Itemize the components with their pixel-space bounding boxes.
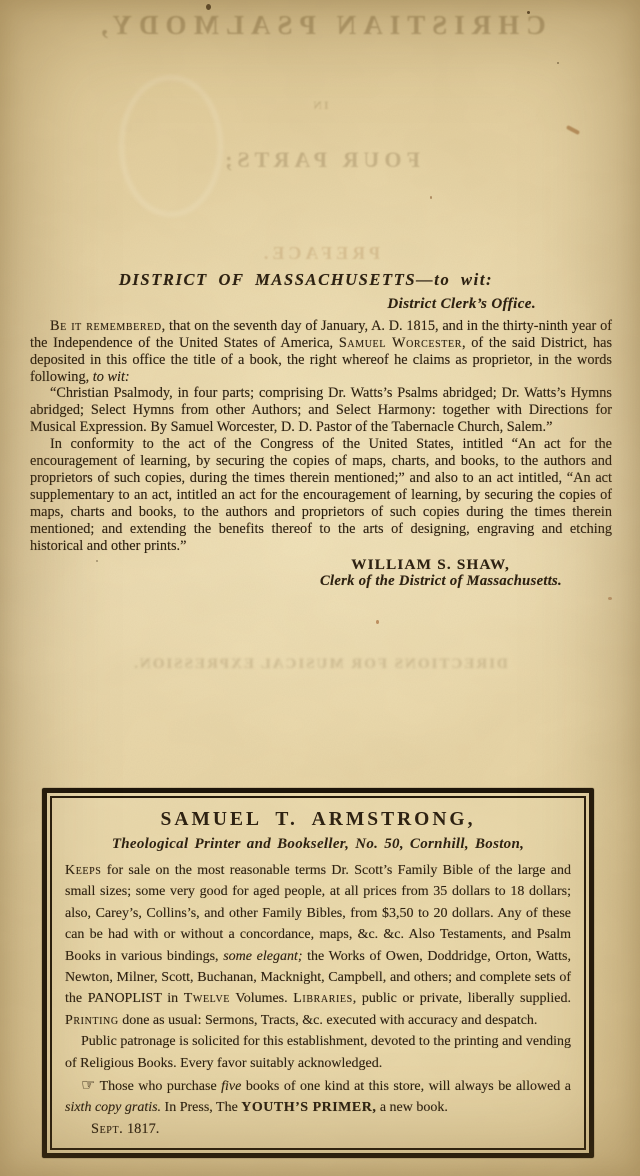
ink-speck — [376, 620, 379, 624]
copyright-notice: DISTRICT OF MASSACHUSETTS—to wit: Distri… — [30, 272, 612, 590]
ink-speck — [557, 62, 559, 64]
bookseller-ad-inner-border: SAMUEL T. ARMSTRONG, Theological Printer… — [50, 796, 586, 1150]
bookseller-subtitle: Theological Printer and Bookseller, No. … — [65, 836, 571, 853]
bleedthrough-four-parts: FOUR PARTS; — [0, 147, 640, 173]
clerk-office-line: District Clerk’s Office. — [30, 296, 612, 313]
stain-streak — [566, 125, 580, 135]
copyright-paragraph-3: In conformity to the act of the Congress… — [30, 436, 612, 554]
ad-paragraph-3: ☞ Those who purchase five books of one k… — [65, 1074, 571, 1119]
ink-speck — [206, 4, 211, 10]
bookseller-ad-box: SAMUEL T. ARMSTRONG, Theological Printer… — [42, 788, 594, 1158]
bleedthrough-title: CHRISTIAN PSALMODY, — [0, 10, 640, 41]
ad-date: Sept. 1817. — [65, 1121, 571, 1138]
ad-paragraph-1: Keeps for sale on the most reasonable te… — [65, 860, 571, 1031]
ad-paragraph-2: Public patronage is solicited for this e… — [65, 1031, 571, 1074]
ink-speck — [430, 196, 432, 199]
ink-speck — [608, 597, 612, 600]
bleedthrough-preface: PREFACE. — [0, 243, 640, 264]
bleedthrough-directions: DIRECTIONS FOR MUSICAL EXPRESSION. — [0, 656, 640, 673]
scanned-book-page: CHRISTIAN PSALMODY, IN FOUR PARTS; PREFA… — [0, 0, 640, 1176]
ink-speck — [527, 11, 530, 14]
copyright-paragraph-1: Be it remembered, that on the seventh da… — [30, 318, 612, 386]
signature-title: Clerk of the District of Massachusetts. — [30, 573, 612, 590]
signature-name: WILLIAM S. SHAW, — [30, 557, 612, 574]
bookseller-name: SAMUEL T. ARMSTRONG, — [65, 809, 571, 831]
bleedthrough-in: IN — [0, 98, 640, 113]
copyright-paragraph-2: “Christian Psalmody, in four parts; comp… — [30, 385, 612, 436]
ring-stain — [120, 76, 222, 216]
district-heading: DISTRICT OF MASSACHUSETTS—to wit: — [30, 272, 582, 289]
